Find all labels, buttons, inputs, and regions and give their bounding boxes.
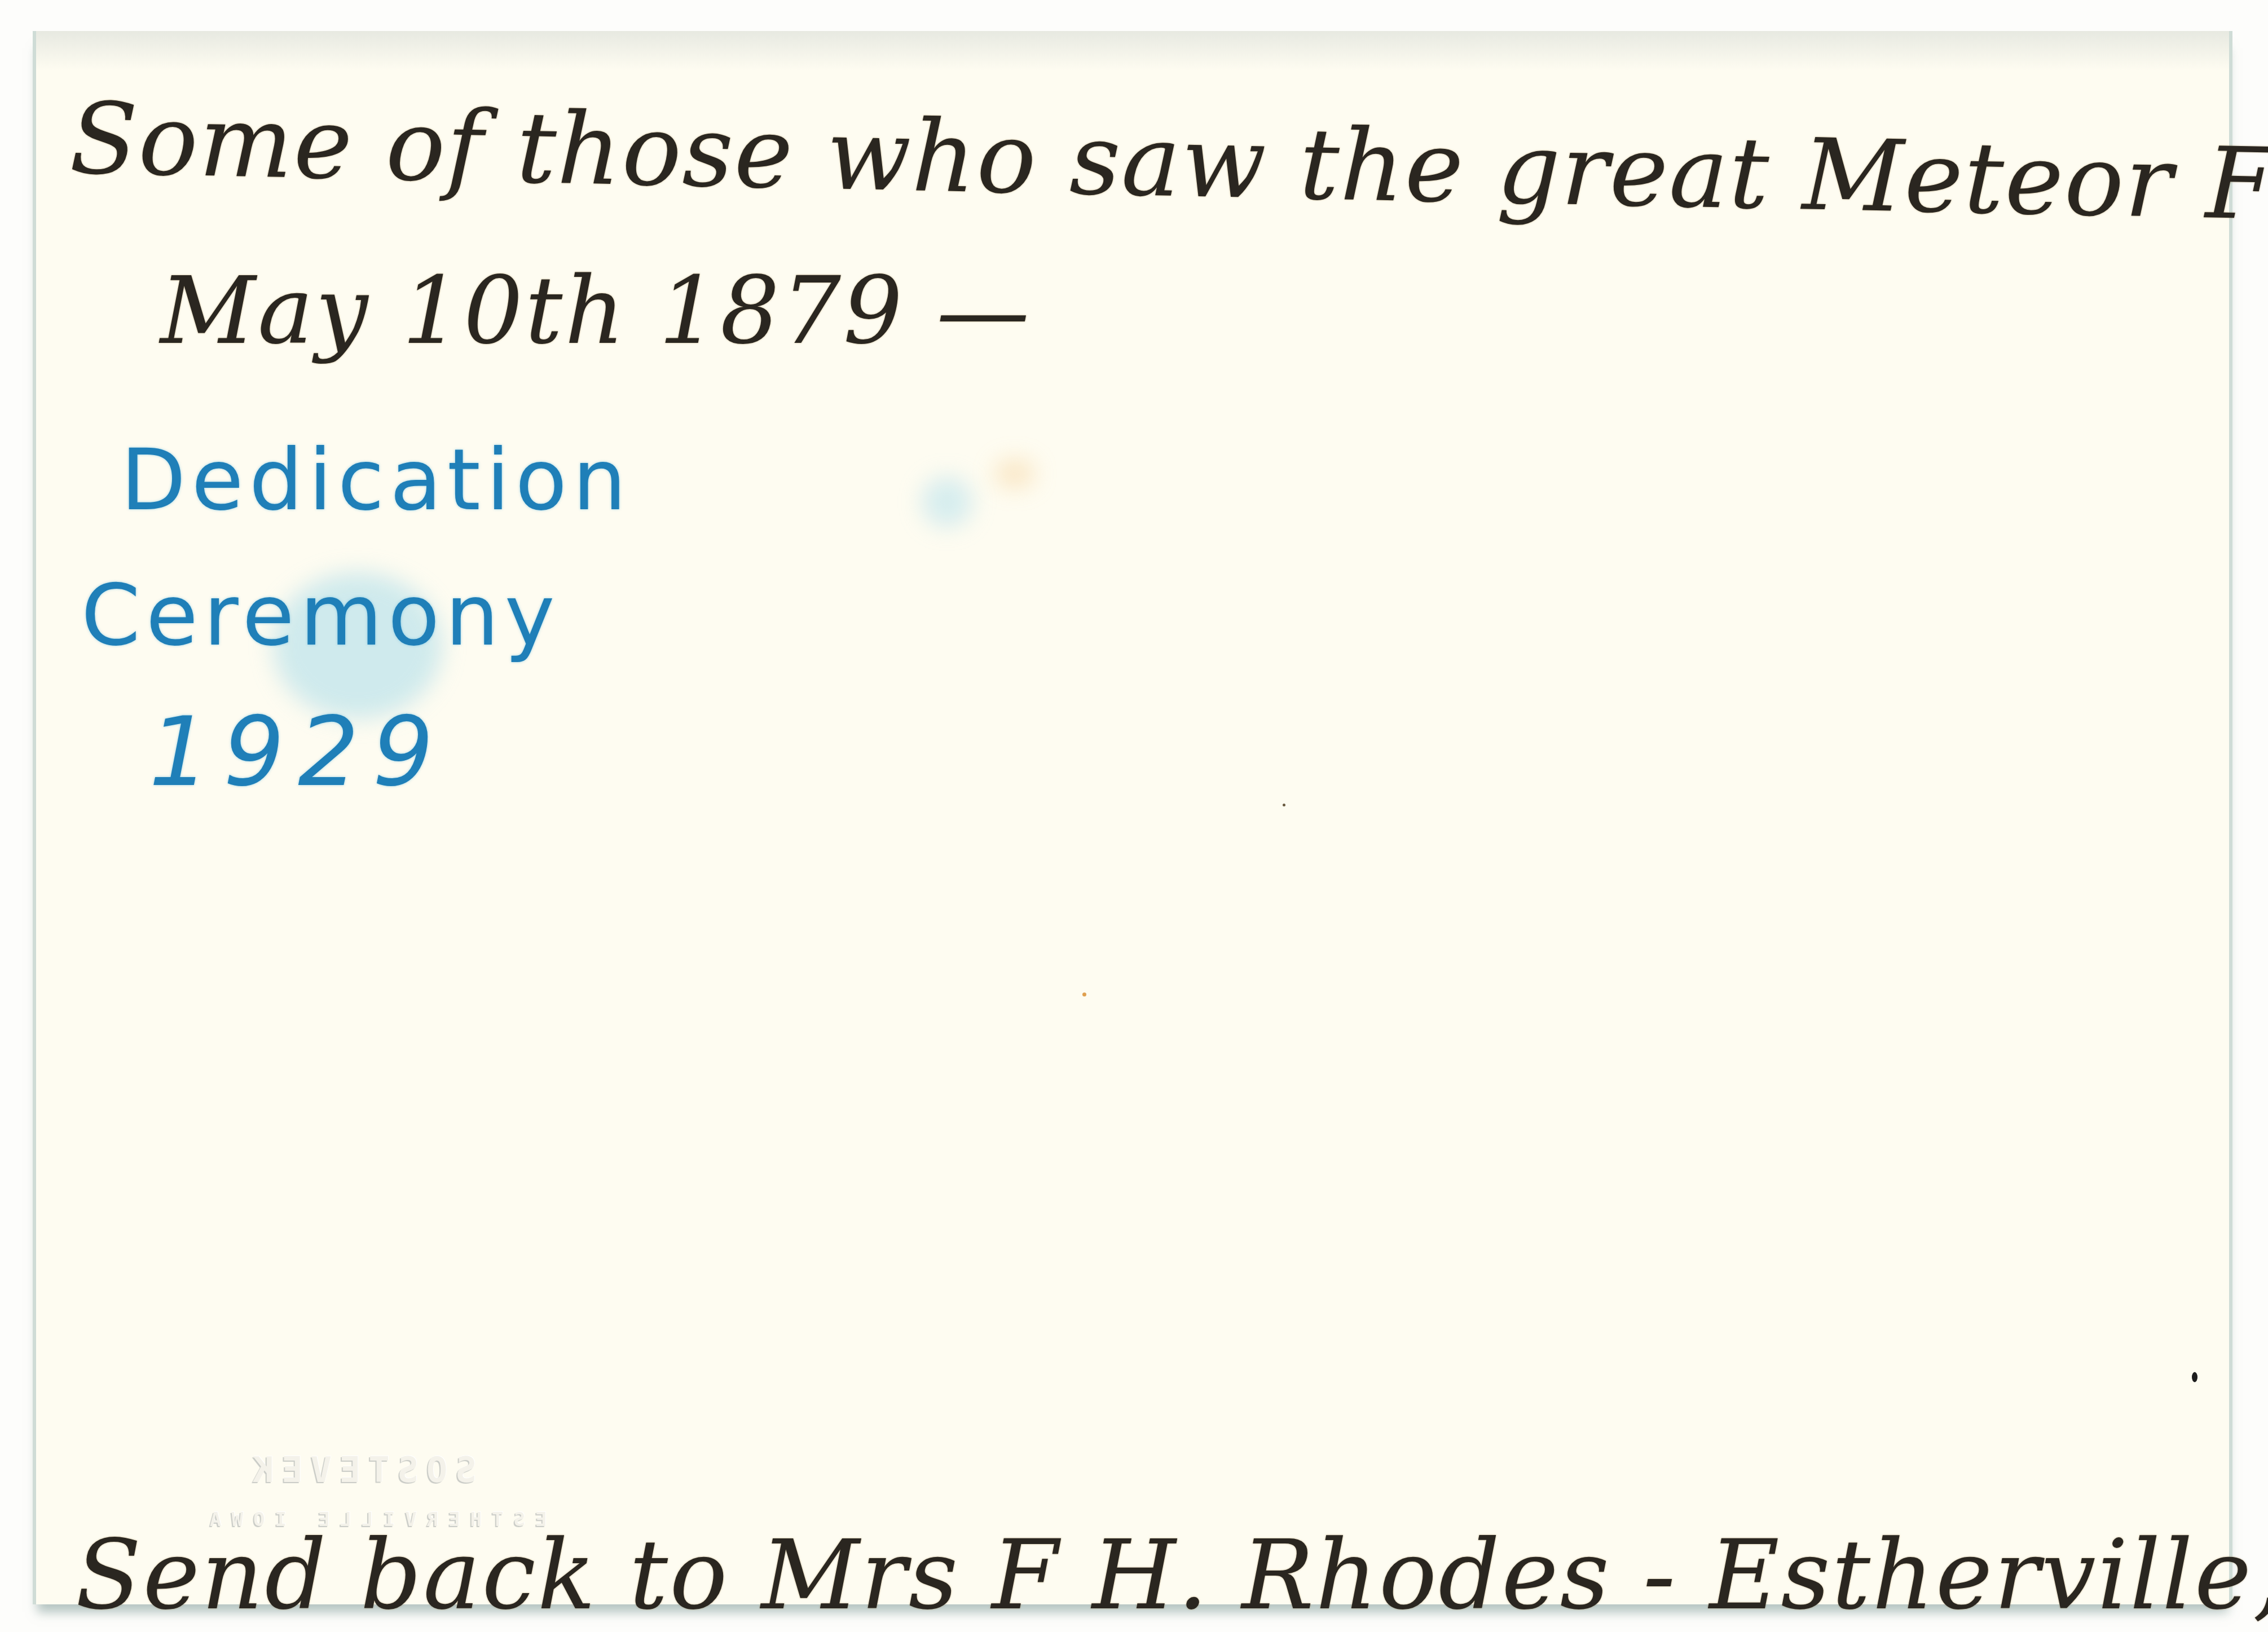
handwritten-date: May 10th 1879 —	[160, 257, 1032, 365]
handwritten-title: Some of those who saw the great Meteor F…	[69, 82, 2268, 245]
blue-ink-spot	[922, 477, 972, 527]
amber-stain	[995, 460, 1034, 488]
blue-note-year: 1929	[149, 696, 447, 808]
blue-note-ceremony: Ceremony	[81, 567, 560, 665]
embossed-stamp-line1: SOSTEVEK	[245, 1449, 477, 1490]
ink-speck	[1082, 993, 1086, 996]
ink-speck	[2192, 1372, 2197, 1382]
blue-note-dedication: Dedication	[121, 431, 632, 530]
photo-card-back: Some of those who saw the great Meteor F…	[33, 31, 2232, 1604]
handwritten-return-address: Send back to Mrs F H. Rhodes - Esthervil…	[76, 1520, 2268, 1631]
ink-speck	[1283, 804, 1285, 806]
